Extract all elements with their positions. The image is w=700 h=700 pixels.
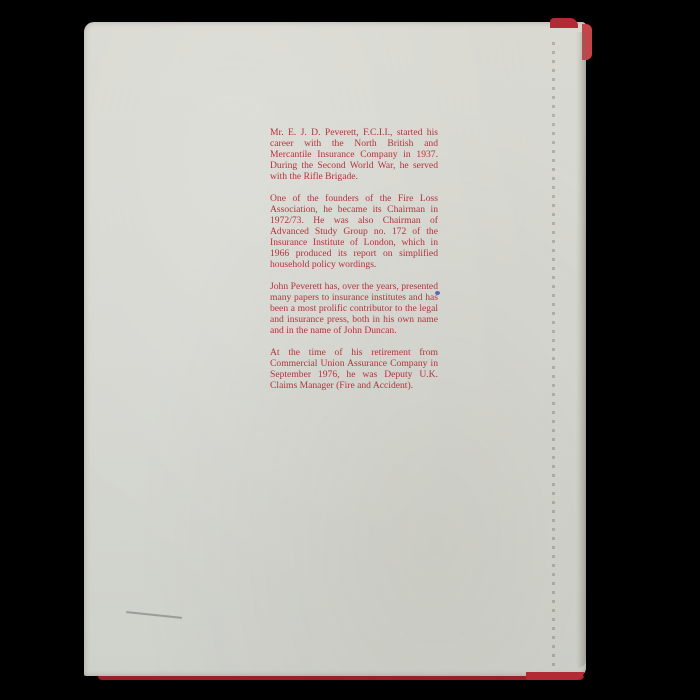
ink-mark <box>435 291 440 295</box>
dust-jacket-right-edge <box>576 32 586 668</box>
bio-paragraph-papers: John Peverett has, over the years, prese… <box>270 281 438 336</box>
author-bio: Mr. E. J. D. Peverett, F.C.I.I., started… <box>270 127 438 402</box>
scratch-mark <box>126 611 182 619</box>
book-back-cover: Mr. E. J. D. Peverett, F.C.I.I., started… <box>84 22 586 676</box>
red-cloth-edge-bottom-right <box>526 672 584 680</box>
red-cloth-edge-bottom <box>98 676 584 680</box>
bio-paragraph-retirement: At the time of his retirement from Comme… <box>270 347 438 391</box>
dust-jacket-fold <box>552 42 555 666</box>
red-cloth-edge-top <box>550 18 578 28</box>
bio-paragraph-career: Mr. E. J. D. Peverett, F.C.I.I., started… <box>270 127 438 182</box>
bio-paragraph-fire-loss-association: One of the founders of the Fire Loss Ass… <box>270 193 438 270</box>
